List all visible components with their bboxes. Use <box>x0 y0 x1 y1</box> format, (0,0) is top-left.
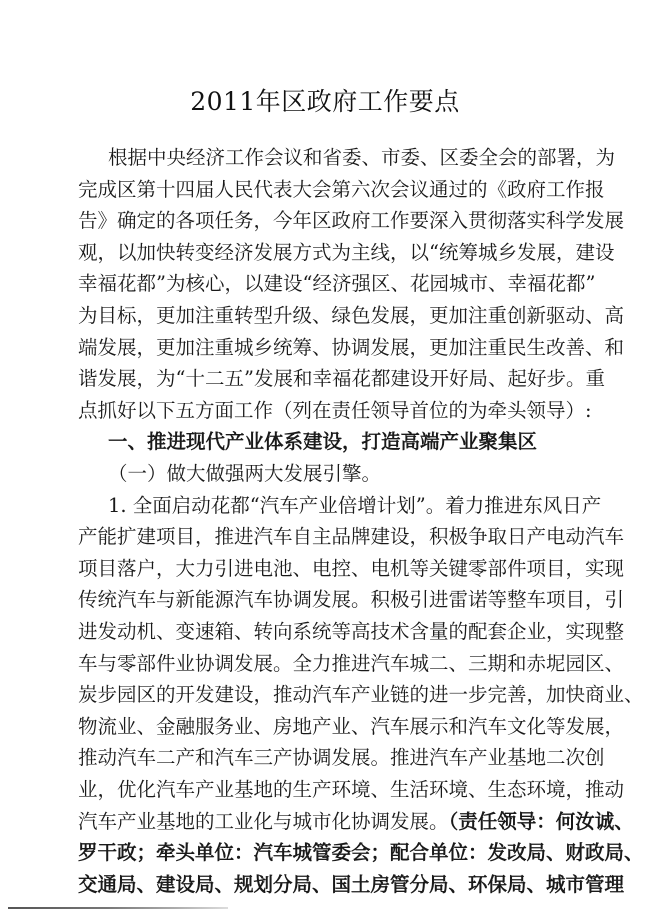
text-line: 交通局、建设局、规划分局、国土房管分局、环保局、城市管理 <box>78 869 538 901</box>
text-line: （一）做大做强两大发展引擎。 <box>108 458 538 490</box>
text-line: 端发展，更加注重城乡统筹、协调发展，更加注重民生改善、和 <box>78 332 538 364</box>
text-line: 幸福花都”为核心，以建设“经济强区、花园城市、幸福花都” <box>78 268 538 300</box>
text-line: 告》确定的各项任务，今年区政府工作要深入贯彻落实科学发展 <box>78 205 538 237</box>
text-line: 车与零部件业协调发展。全力推进汽车城二、三期和赤坭园区、 <box>78 648 538 680</box>
document-title: 2011年区政府工作要点 <box>0 82 650 118</box>
text-line: 1. 全面启动花都“汽车产业倍增计划”。着力推进东风日产 <box>108 490 538 522</box>
text-line: 为目标，更加注重转型升级、绿色发展，更加注重创新驱动、高 <box>78 300 538 332</box>
text-line: 完成区第十四届人民代表大会第六次会议通过的《政府工作报 <box>78 174 538 206</box>
responsibility-note: （责任领导：何汝诚、 <box>449 810 634 833</box>
text-line: 炭步园区的开发建设，推动汽车产业链的进一步完善，加快商业、 <box>78 679 538 711</box>
text-line: 产能扩建项目，推进汽车自主品牌建设，积极争取日产电动汽车 <box>78 521 538 553</box>
text-line: 传统汽车与新能源汽车协调发展。积极引进雷诺等整车项目，引 <box>78 584 538 616</box>
text-line: 汽车产业基地的工业化与城市化协调发展。（责任领导：何汝诚、 <box>78 806 538 838</box>
text-line: 业，优化汽车产业基地的生产环境、生活环境、生态环境，推动 <box>78 774 538 806</box>
text-line: 根据中央经济工作会议和省委、市委、区委全会的部署，为 <box>108 142 538 174</box>
text-line: 物流业、金融服务业、房地产业、汽车展示和汽车文化等发展， <box>78 711 538 743</box>
scan-edge-line <box>8 907 228 909</box>
text-segment: 汽车产业基地的工业化与城市化协调发展。 <box>78 810 449 833</box>
text-line: 谐发展，为“十二五”发展和幸福花都建设开好局、起好步。重 <box>78 363 538 395</box>
text-line: 推动汽车二产和汽车三产协调发展。推进汽车产业基地二次创 <box>78 742 538 774</box>
text-line: 进发动机、变速箱、转向系统等高技术含量的配套企业，实现整 <box>78 616 538 648</box>
text-line: 项目落户，大力引进电池、电控、电机等关键零部件项目，实现 <box>78 553 538 585</box>
page-number: 2 <box>0 848 650 861</box>
section-heading: 一、推进现代产业体系建设，打造高端产业聚集区 <box>108 426 538 458</box>
text-line: 点抓好以下五方面工作（列在责任领导首位的为牵头领导）: <box>78 395 538 427</box>
text-line: 观，以加快转变经济发展方式为主线，以“统筹城乡发展，建设 <box>78 237 538 269</box>
